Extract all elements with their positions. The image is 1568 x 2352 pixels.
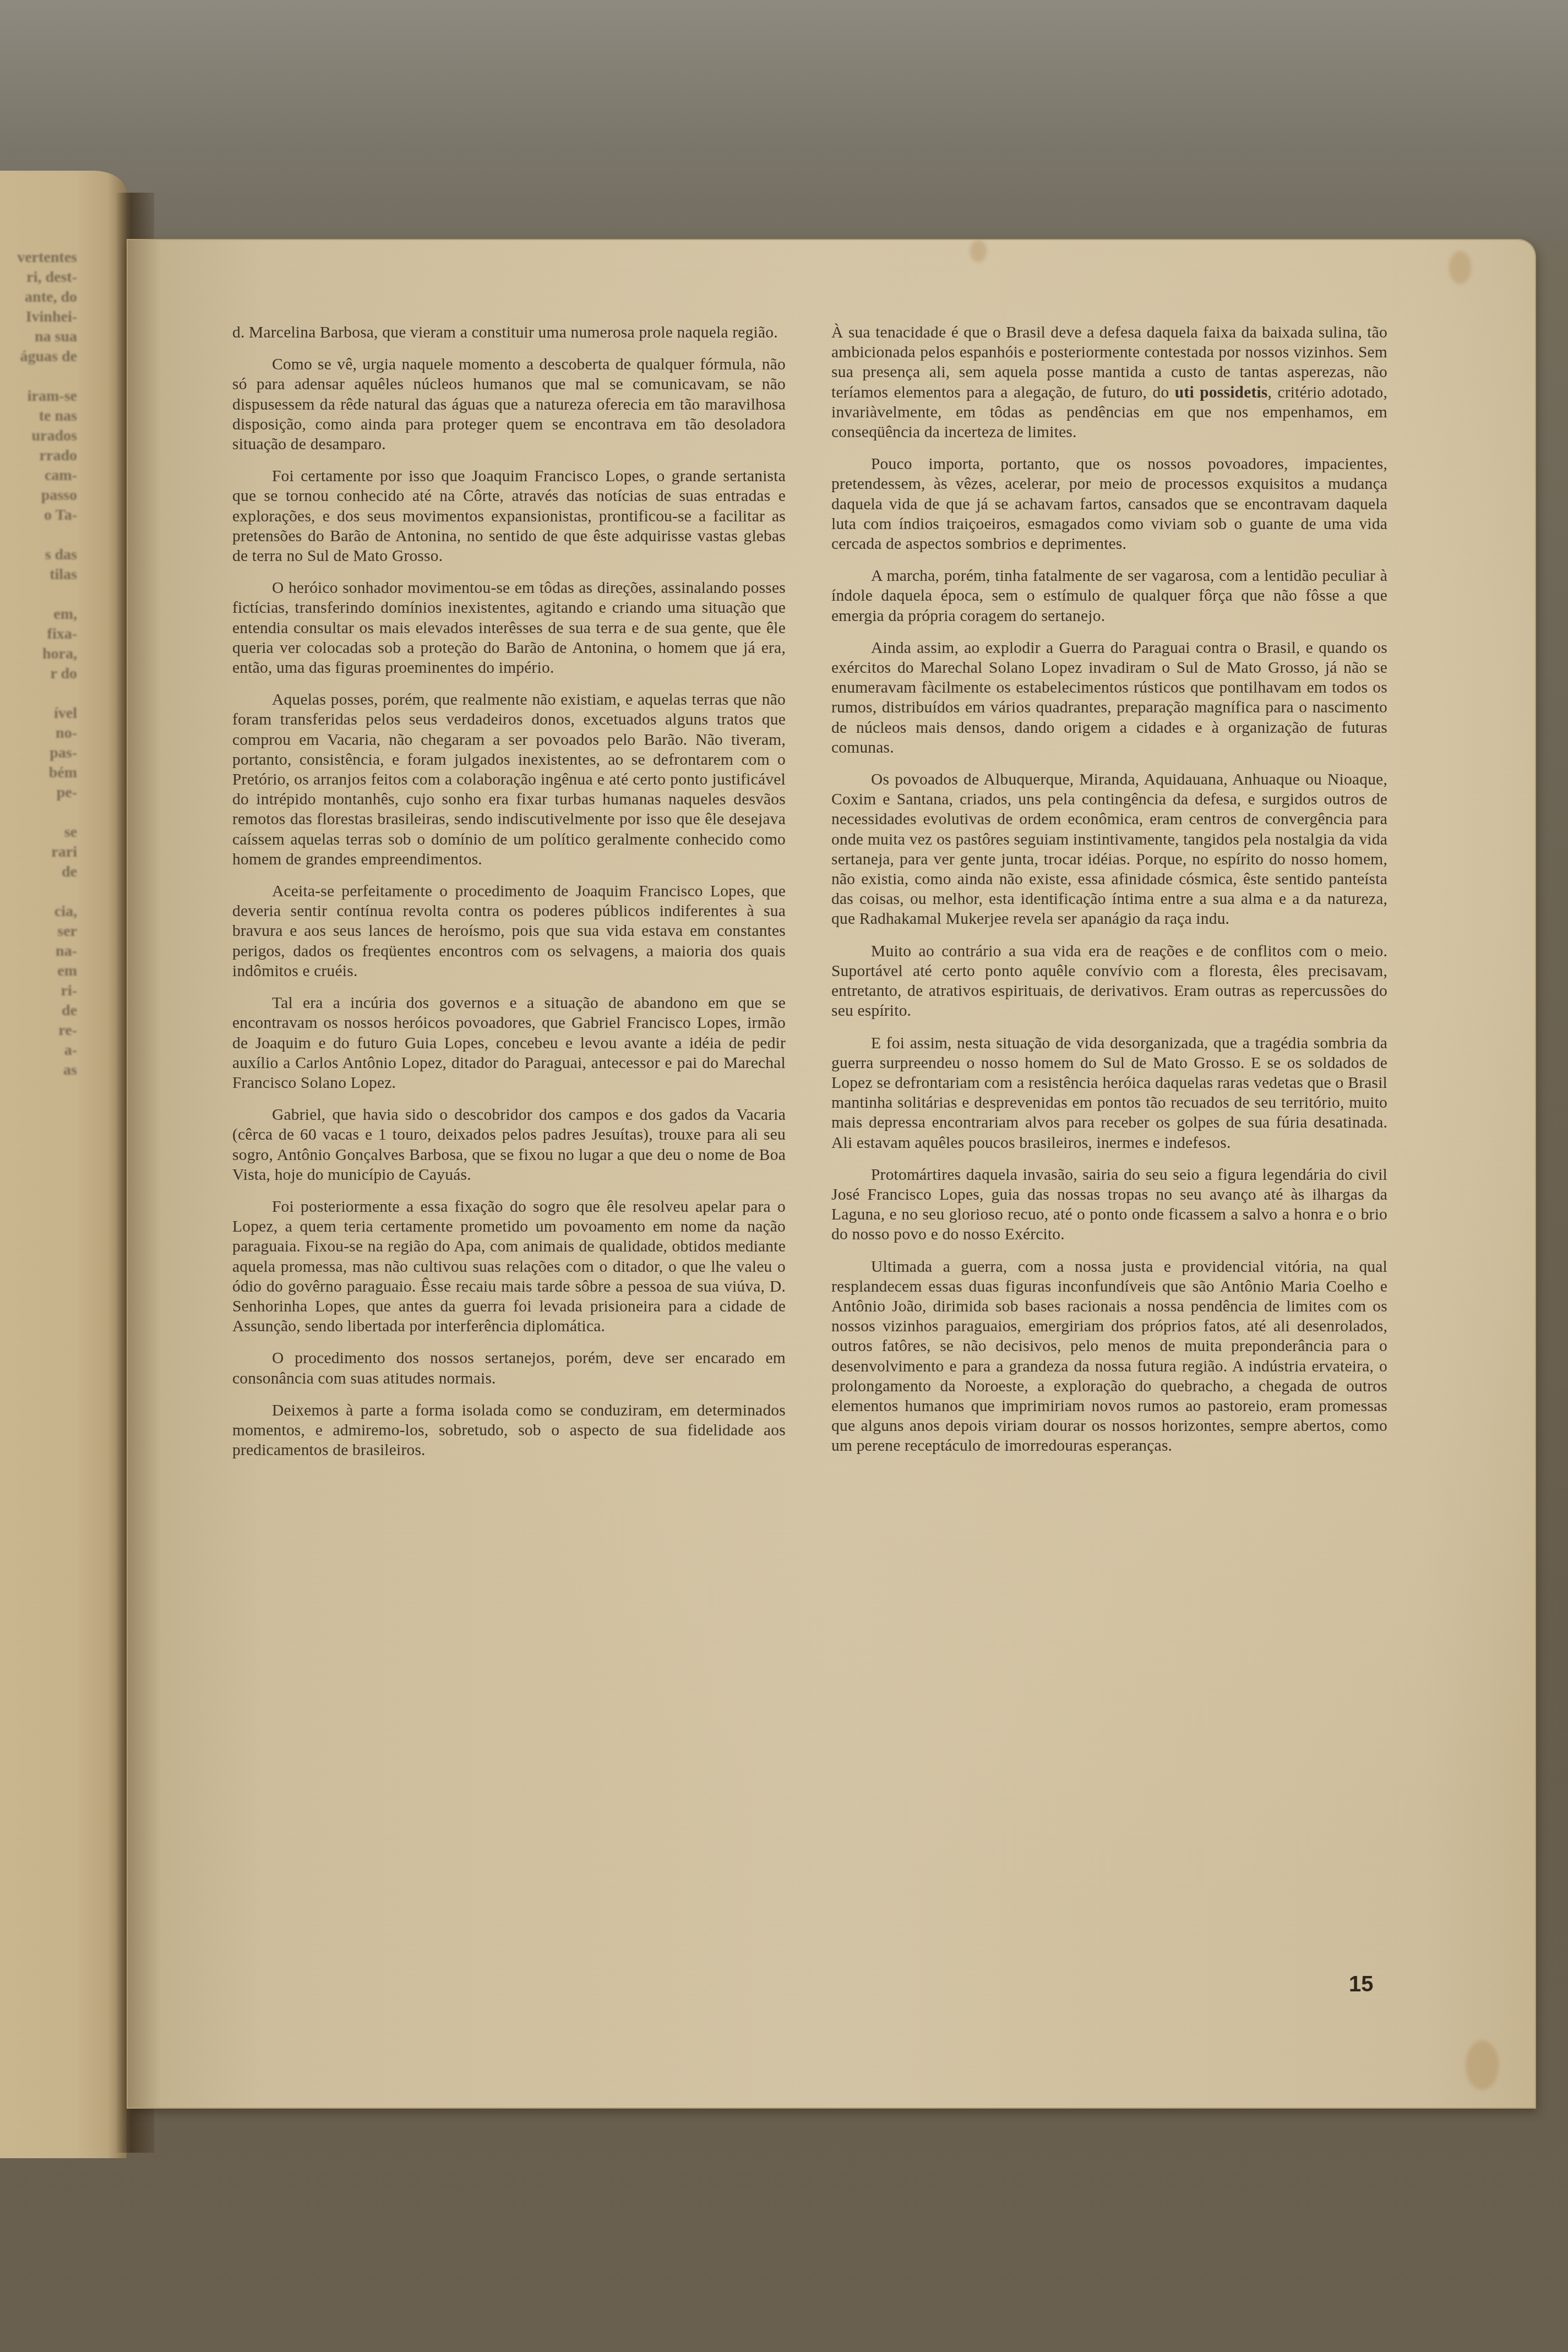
- paragraph: Os povoados de Albuquerque, Miranda, Aqu…: [831, 770, 1387, 929]
- background-wall: [0, 0, 1568, 242]
- left-page-text-fragment: vertentes ri, dest- ante, do Ivinhei- na…: [17, 248, 77, 1080]
- paragraph: Foi posteriormente a essa fixação do sog…: [232, 1197, 786, 1336]
- paragraph: Tal era a incúria dos governos e a situa…: [232, 993, 786, 1093]
- paragraph: Ainda assim, ao explodir a Guerra do Par…: [831, 638, 1387, 758]
- paragraph: Protomártires daquela invasão, sairia do…: [831, 1165, 1387, 1245]
- emphasized-term: uti possidetis: [1175, 384, 1268, 401]
- paper-stain: [1466, 2040, 1499, 2090]
- paragraph: O procedimento dos nossos sertanejos, po…: [232, 1348, 786, 1388]
- left-page-edge: vertentes ri, dest- ante, do Ivinhei- na…: [0, 171, 127, 2158]
- document-page: d. Marcelina Barbosa, que vieram a const…: [128, 240, 1535, 2108]
- paragraph: Deixemos à parte a forma isolada como se…: [232, 1401, 786, 1461]
- text-column-right: À sua tenacidade é que o Brasil deve a d…: [831, 323, 1387, 1468]
- paragraph: Foi certamente por isso que Joaquim Fran…: [232, 466, 786, 566]
- paragraph: Ultimada a guerra, com a nossa justa e p…: [831, 1257, 1387, 1456]
- paragraph: O heróico sonhador movimentou-se em tôda…: [232, 578, 786, 678]
- paragraph: Muito ao contrário a sua vida era de rea…: [831, 941, 1387, 1021]
- page-number: 15: [1349, 1972, 1374, 1997]
- text-column-left: d. Marcelina Barbosa, que vieram a const…: [232, 323, 786, 1472]
- paragraph: A marcha, porém, tinha fatalmente de ser…: [831, 566, 1387, 626]
- paragraph: Aceita-se perfeitamente o procedimento d…: [232, 881, 786, 981]
- paper-stain: [970, 240, 987, 262]
- paragraph: d. Marcelina Barbosa, que vieram a const…: [232, 323, 786, 342]
- paragraph: E foi assim, nesta situação de vida deso…: [831, 1033, 1387, 1153]
- paragraph: À sua tenacidade é que o Brasil deve a d…: [831, 323, 1387, 442]
- paragraph: Como se vê, urgia naquele momento a desc…: [232, 355, 786, 454]
- paragraph: Pouco importa, portanto, que os nossos p…: [831, 454, 1387, 554]
- paragraph: Aquelas posses, porém, que realmente não…: [232, 690, 786, 869]
- paragraph: Gabriel, que havia sido o descobridor do…: [232, 1105, 786, 1185]
- paper-stain: [1449, 251, 1471, 284]
